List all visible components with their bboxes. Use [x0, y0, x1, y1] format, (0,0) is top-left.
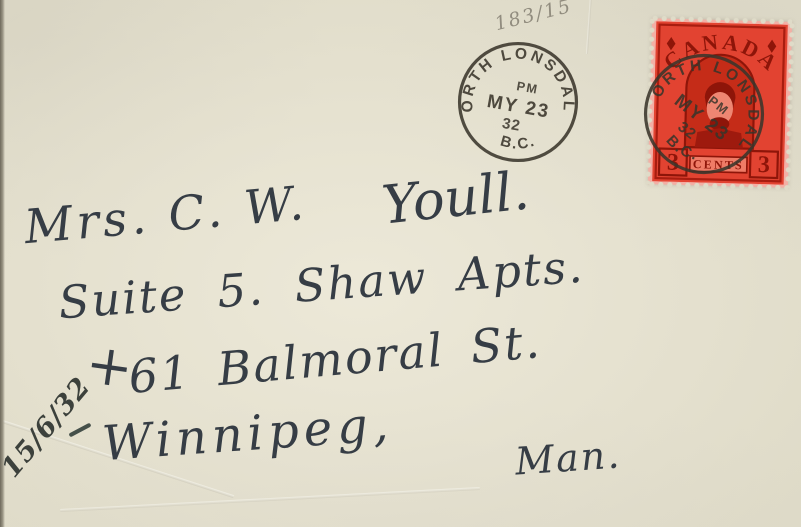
envelope: 183/15 NORTH LONSDALE B.C. PM MY 23 32 — [0, 0, 801, 527]
svg-text:B.C.: B.C. — [498, 133, 537, 153]
address-region: Man. — [514, 432, 623, 483]
address-salutation: Mrs. C. W. — [22, 176, 310, 256]
stray-ink-mark — [68, 423, 91, 438]
postmark-meridiem: PM — [516, 78, 540, 97]
postmark-cds-icon: NORTH LONSDALE B.C. PM MY 23 32 — [452, 36, 584, 168]
postmark-date: MY 23 — [671, 90, 734, 146]
postmark-year: 32 — [501, 115, 522, 135]
paper-crease — [60, 487, 480, 512]
postmark-left: NORTH LONSDALE B.C. PM MY 23 32 — [452, 36, 584, 168]
paper-crease — [586, 0, 592, 54]
postmark-province: B.C. — [498, 133, 537, 153]
scan-edge — [0, 0, 5, 527]
address-line3: 61 Balmoral St. — [126, 314, 543, 404]
pencil-notation: 183/15 — [493, 0, 575, 35]
address-surname: Youll. — [379, 160, 532, 236]
stamp-denomination-right: 3 — [758, 152, 771, 178]
address-city: Winnipeg, — [100, 396, 394, 472]
